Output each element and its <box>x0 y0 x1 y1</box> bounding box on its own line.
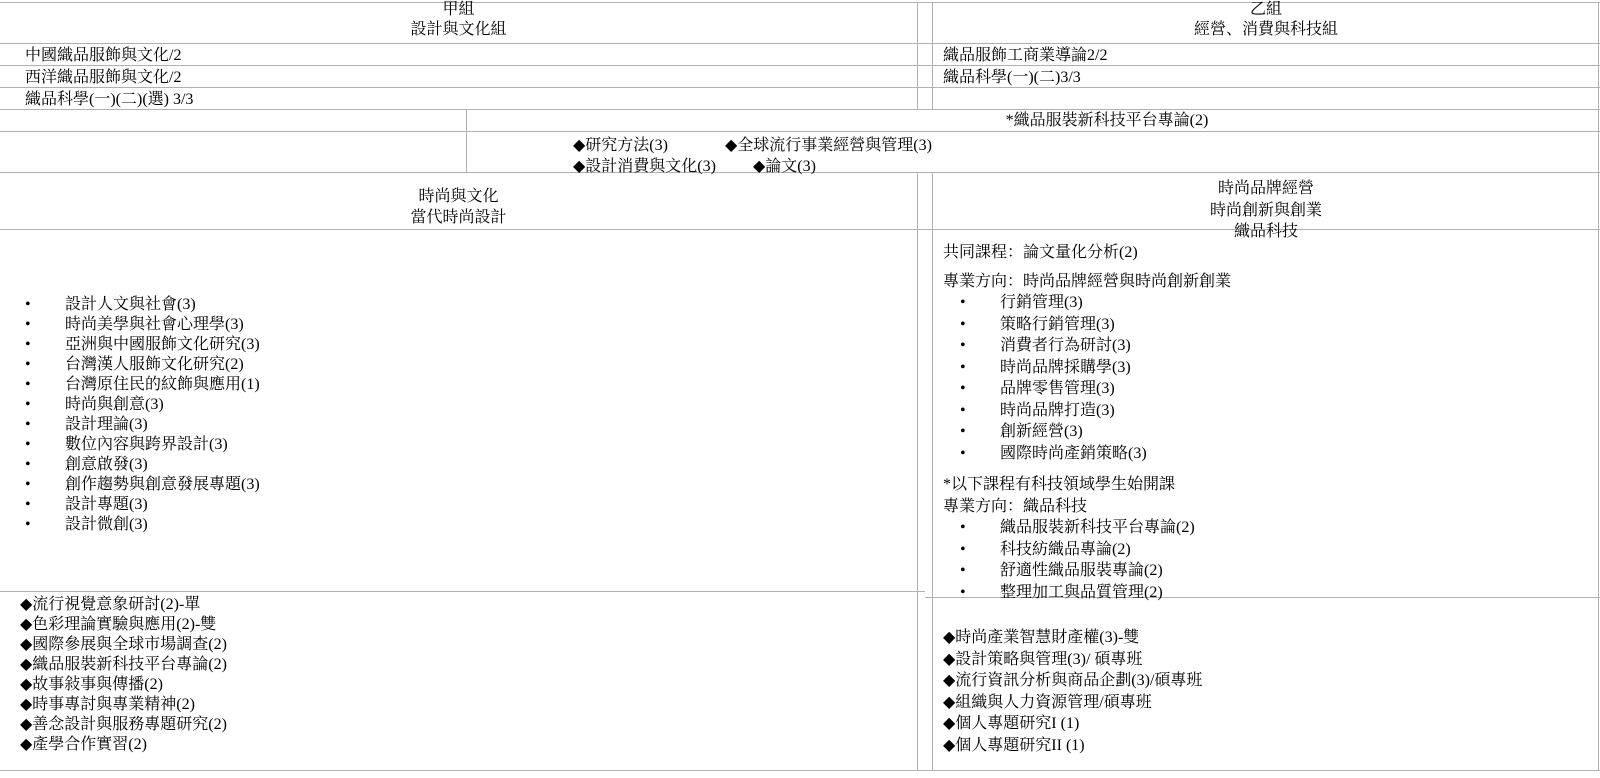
column-divider <box>917 172 918 771</box>
bullet-icon: • <box>25 375 65 395</box>
right-course-list-cell: 共同課程：論文量化分析(2) 專業方向：時尚品牌經營與時尚創新創業 •行銷管理(… <box>932 229 1600 603</box>
course-label: 創意啟發(3) <box>65 456 148 473</box>
elective-item: ◆時尚產業智慧財產權(3)-雙 <box>943 627 1600 649</box>
course-label: 科技紡織品專論(2) <box>1000 541 1131 558</box>
group-b-title: 乙組 <box>932 0 1600 20</box>
course-label: 台灣原住民的紋飾與應用(1) <box>65 376 260 393</box>
core-item: ◆論文(3) <box>753 158 816 175</box>
course-label: 亞洲與中國服飾文化研究(3) <box>65 336 260 353</box>
core-item: ◆設計消費與文化(3) <box>573 156 753 177</box>
course-item: •舒適性織品服裝專論(2) <box>960 560 1600 582</box>
course-label: 舒適性織品服裝專論(2) <box>1000 562 1163 579</box>
bullet-icon: • <box>25 455 65 475</box>
elective-item: ◆流行視覺意象研討(2)-單 <box>20 595 917 615</box>
course-item: •消費者行為研討(3) <box>960 335 1600 357</box>
core-item: ◆全球流行事業經營與管理(3) <box>725 137 932 154</box>
bullet-icon: • <box>25 355 65 375</box>
bullet-icon: • <box>960 335 1000 357</box>
course-label: 行銷管理(3) <box>1000 294 1083 311</box>
column-divider <box>917 2 918 110</box>
course-item: •策略行銷管理(3) <box>960 314 1600 336</box>
course-label: 創作趨勢與創意發展專題(3) <box>65 476 260 493</box>
course-label: 時尚美學與社會心理學(3) <box>65 316 244 333</box>
bullet-icon: • <box>960 539 1000 561</box>
bullet-icon: • <box>25 495 65 515</box>
elective-item: ◆組織與人力資源管理/碩專班 <box>943 692 1600 714</box>
elective-item: ◆故事敍事與傳播(2) <box>20 675 917 695</box>
course-item: •數位內容與跨界設計(3) <box>0 435 917 455</box>
elective-item: ◆善念設計與服務專題研究(2) <box>20 715 917 735</box>
course-label: 設計理論(3) <box>65 416 148 433</box>
bullet-icon: • <box>25 335 65 355</box>
tech-note: *以下課程有科技領域學生始開課 <box>943 474 1600 496</box>
group-b-subtitle: 經營、消費與科技組 <box>932 20 1600 40</box>
bullet-icon: • <box>960 378 1000 400</box>
elective-item: ◆個人專題研究I (1) <box>943 713 1600 735</box>
course-label: 數位內容與跨界設計(3) <box>65 436 228 453</box>
course-item: •設計專題(3) <box>0 495 917 515</box>
bullet-icon: • <box>960 292 1000 314</box>
platform-course-cell: *織品服裝新科技平台專論(2) <box>466 110 1600 131</box>
course-cell: 中國織品服飾與文化/2 <box>0 45 917 66</box>
course-item: •創意啟發(3) <box>0 455 917 475</box>
group-a-subtitle: 設計與文化組 <box>0 20 917 40</box>
left-section-subtitle: 當代時尚設計 <box>0 207 917 228</box>
core-line-2: ◆設計消費與文化(3)◆論文(3) <box>573 156 1600 177</box>
course-label: 設計人文與社會(3) <box>65 296 196 313</box>
table-border-line <box>0 591 925 592</box>
table-border-line <box>0 131 1600 132</box>
right-electives-cell: ◆時尚產業智慧財產權(3)-雙 ◆設計策略與管理(3)/ 碩專班 ◆流行資訊分析… <box>932 598 1600 756</box>
bullet-icon: • <box>25 435 65 455</box>
course-item: •品牌零售管理(3) <box>960 378 1600 400</box>
bullet-icon: • <box>25 295 65 315</box>
direction-2-title: 專業方向：織品科技 <box>943 496 1600 518</box>
course-item: •織品服裝新科技平台專論(2) <box>960 517 1600 539</box>
course-cell: 西洋織品服飾與文化/2 <box>0 67 917 88</box>
course-label: 設計專題(3) <box>65 496 148 513</box>
course-item: •台灣漢人服飾文化研究(2) <box>0 355 917 375</box>
group-b-header-cell: 乙組 經營、消費與科技組 <box>932 0 1600 40</box>
bullet-icon: • <box>25 315 65 335</box>
bullet-icon: • <box>25 475 65 495</box>
core-courses-cell: ◆研究方法(3)◆全球流行事業經營與管理(3) ◆設計消費與文化(3)◆論文(3… <box>466 135 1600 177</box>
course-item: •設計人文與社會(3) <box>0 295 917 315</box>
course-label: 國際時尚產銷策略(3) <box>1000 445 1147 462</box>
course-label: 織品服裝新科技平台專論(2) <box>1000 519 1195 536</box>
course-label: 消費者行為研討(3) <box>1000 337 1131 354</box>
bullet-icon: • <box>960 421 1000 443</box>
course-item: •時尚美學與社會心理學(3) <box>0 315 917 335</box>
course-item: •創作趨勢與創意發展專題(3) <box>0 475 917 495</box>
course-item: •行銷管理(3) <box>960 292 1600 314</box>
core-item: ◆研究方法(3) <box>573 135 725 156</box>
direction-1-title: 專業方向：時尚品牌經營與時尚創新創業 <box>943 271 1600 293</box>
course-label: 策略行銷管理(3) <box>1000 316 1115 333</box>
course-item: •創新經營(3) <box>960 421 1600 443</box>
curriculum-table: 甲組 設計與文化組 乙組 經營、消費與科技組 中國織品服飾與文化/2 西洋織品服… <box>0 0 1600 778</box>
bullet-icon: • <box>960 443 1000 465</box>
group-a-title: 甲組 <box>0 0 917 20</box>
course-item: •時尚品牌打造(3) <box>960 400 1600 422</box>
elective-item: ◆產學合作實習(2) <box>20 735 917 755</box>
bullet-icon: • <box>25 395 65 415</box>
course-cell: 織品科學(一)(二)(選) 3/3 <box>0 89 917 110</box>
table-border-line <box>0 43 1600 44</box>
bullet-icon: • <box>960 400 1000 422</box>
right-section-title: 時尚創新與創業 <box>932 200 1600 222</box>
bullet-icon: • <box>960 517 1000 539</box>
elective-item: ◆個人專題研究II (1) <box>943 735 1600 757</box>
course-label: 創新經營(3) <box>1000 423 1083 440</box>
bullet-icon: • <box>960 357 1000 379</box>
core-line-1: ◆研究方法(3)◆全球流行事業經營與管理(3) <box>573 135 1600 156</box>
course-label: 時尚品牌採購學(3) <box>1000 359 1131 376</box>
course-item: •時尚與創意(3) <box>0 395 917 415</box>
course-label: 台灣漢人服飾文化研究(2) <box>65 356 244 373</box>
left-electives-cell: ◆流行視覺意象研討(2)-單 ◆色彩理論實驗與應用(2)-雙 ◆國際參展與全球市… <box>0 595 917 755</box>
course-item: •設計理論(3) <box>0 415 917 435</box>
table-border-bottom <box>0 770 1600 771</box>
left-course-list-cell: •設計人文與社會(3) •時尚美學與社會心理學(3) •亞洲與中國服飾文化研究(… <box>0 229 917 535</box>
course-item: •設計微創(3) <box>0 515 917 535</box>
group-a-header-cell: 甲組 設計與文化組 <box>0 0 917 40</box>
elective-item: ◆色彩理論實驗與應用(2)-雙 <box>20 615 917 635</box>
bullet-icon: • <box>960 560 1000 582</box>
course-cell: 織品科學(一)(二)3/3 <box>932 67 1600 88</box>
left-section-header-cell: 時尚與文化 當代時尚設計 <box>0 186 917 228</box>
course-item: •台灣原住民的紋飾與應用(1) <box>0 375 917 395</box>
elective-item: ◆國際參展與全球市場調查(2) <box>20 635 917 655</box>
elective-item: ◆流行資訊分析與商品企劃(3)/碩專班 <box>943 670 1600 692</box>
bullet-icon: • <box>25 415 65 435</box>
course-cell: 織品服飾工商業導論2/2 <box>932 45 1600 66</box>
course-item: •亞洲與中國服飾文化研究(3) <box>0 335 917 355</box>
elective-item: ◆設計策略與管理(3)/ 碩專班 <box>943 649 1600 671</box>
right-section-title: 時尚品牌經營 <box>932 178 1600 200</box>
course-item: •國際時尚產銷策略(3) <box>960 443 1600 465</box>
common-course: 共同課程：論文量化分析(2) <box>943 242 1600 264</box>
elective-item: ◆時事專討與專業精神(2) <box>20 695 917 715</box>
bullet-icon: • <box>960 314 1000 336</box>
course-label: 時尚品牌打造(3) <box>1000 402 1115 419</box>
elective-item: ◆織品服裝新科技平台專論(2) <box>20 655 917 675</box>
course-label: 品牌零售管理(3) <box>1000 380 1115 397</box>
course-label: 設計微創(3) <box>65 516 148 533</box>
course-label: 時尚與創意(3) <box>65 396 164 413</box>
left-section-title: 時尚與文化 <box>0 186 917 207</box>
bullet-icon: • <box>25 515 65 535</box>
course-item: •科技紡織品專論(2) <box>960 539 1600 561</box>
course-item: •時尚品牌採購學(3) <box>960 357 1600 379</box>
